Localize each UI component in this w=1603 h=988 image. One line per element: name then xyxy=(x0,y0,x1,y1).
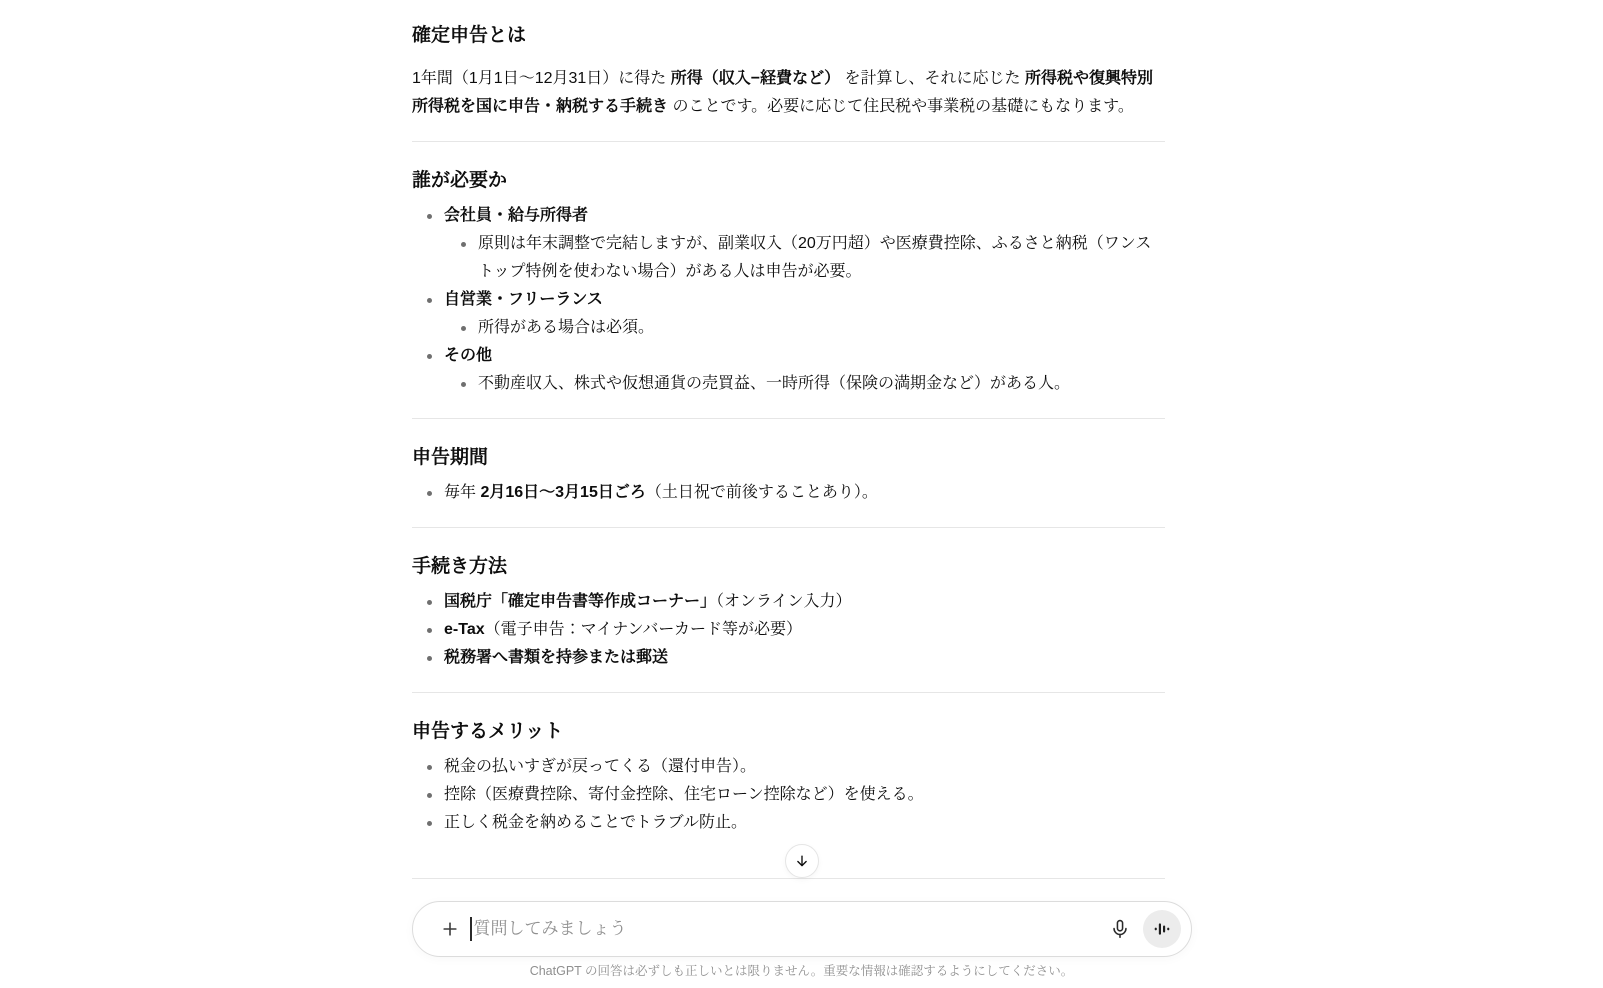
section-heading: 手続き方法 xyxy=(412,554,1165,580)
text-run: （土日祝で前後することあり）。 xyxy=(646,484,878,501)
disclaimer: ChatGPT の回答は必ずしも正しいとは限りません。重要な情報は確認するように… xyxy=(0,963,1603,980)
intro-paragraph: 1年間（1月1日〜12月31日）に得た 所得（収入−経費など） を計算し、それに… xyxy=(412,65,1165,121)
text-run: （オンライン入力） xyxy=(716,593,852,610)
text-run-bold: 税務署へ書類を持参または郵送 xyxy=(444,649,668,666)
text-run-bold: 2月16日〜3月15日ごろ xyxy=(480,484,645,501)
section-divider xyxy=(412,692,1165,693)
text-run: のことです。必要に応じて住民税や事業税の基礎にもなります。 xyxy=(668,98,1134,115)
section-heading: 誰が必要か xyxy=(412,168,1165,194)
text-run: （電子申告：マイナンバーカード等が必要） xyxy=(485,621,802,638)
sub-list: 原則は年末調整で完結しますが、副業収入（20万円超）や医療費控除、ふるさと納税（… xyxy=(444,230,1165,286)
list-item: 税務署へ書類を持参または郵送 xyxy=(412,644,1165,672)
list-item: 国税庁「確定申告書等作成コーナー」（オンライン入力） xyxy=(412,588,1165,616)
section-heading: 申告期間 xyxy=(412,445,1165,471)
text-run-bold: 所得（収入−経費など） xyxy=(671,70,840,87)
list-item: 自営業・フリーランス 所得がある場合は必須。 xyxy=(412,286,1165,342)
section-merit: 申告するメリット 税金の払いすぎが戻ってくる（還付申告）。 控除（医療費控除、寄… xyxy=(412,719,1165,837)
text-run-bold: e-Tax xyxy=(444,621,485,638)
merit-list: 税金の払いすぎが戻ってくる（還付申告）。 控除（医療費控除、寄付金控除、住宅ロー… xyxy=(412,753,1165,837)
text-run-bold: 国税庁「確定申告書等作成コーナー」 xyxy=(444,593,716,610)
voice-mode-button[interactable] xyxy=(1143,910,1181,948)
microphone-icon xyxy=(1109,918,1131,940)
composer xyxy=(412,901,1192,957)
message-input[interactable] xyxy=(472,902,1102,956)
section-method: 手続き方法 国税庁「確定申告書等作成コーナー」（オンライン入力） e-Tax（電… xyxy=(412,554,1165,672)
list-item: 正しく税金を納めることでトラブル防止。 xyxy=(412,809,1165,837)
who-needs-list: 会社員・給与所得者 原則は年末調整で完結しますが、副業収入（20万円超）や医療費… xyxy=(412,202,1165,398)
list-item: その他 不動産収入、株式や仮想通貨の売買益、一時所得（保険の満期金など）がある人… xyxy=(412,342,1165,398)
text-run: 毎年 xyxy=(444,484,480,501)
section-divider xyxy=(412,418,1165,419)
sub-list-item: 不動産収入、株式や仮想通貨の売買益、一時所得（保険の満期金など）がある人。 xyxy=(444,370,1165,398)
list-item-title: 自営業・フリーランス xyxy=(444,291,603,308)
section-period: 申告期間 毎年 2月16日〜3月15日ごろ（土日祝で前後することあり）。 xyxy=(412,445,1165,507)
arrow-down-icon xyxy=(793,852,811,870)
section-who-needs: 誰が必要か 会社員・給与所得者 原則は年末調整で完結しますが、副業収入（20万円… xyxy=(412,168,1165,398)
text-run: 正しく税金を納めることでトラブル防止。 xyxy=(444,814,747,831)
list-item: 会社員・給与所得者 原則は年末調整で完結しますが、副業収入（20万円超）や医療費… xyxy=(412,202,1165,286)
section-heading: 申告するメリット xyxy=(412,719,1165,745)
voice-waveform-icon xyxy=(1152,919,1172,939)
text-run: 不動産収入、株式や仮想通貨の売買益、一時所得（保険の満期金など）がある人。 xyxy=(478,375,1070,392)
list-item: 控除（医療費控除、寄付金控除、住宅ローン控除など）を使える。 xyxy=(412,781,1165,809)
text-run: 所得がある場合は必須。 xyxy=(478,319,654,336)
sub-list-item: 所得がある場合は必須。 xyxy=(444,314,1165,342)
text-run: 控除（医療費控除、寄付金控除、住宅ローン控除など）を使える。 xyxy=(444,786,924,803)
section-divider xyxy=(412,141,1165,142)
sub-list: 不動産収入、株式や仮想通貨の売買益、一時所得（保険の満期金など）がある人。 xyxy=(444,370,1165,398)
text-run: 1年間（1月1日〜12月31日）に得た xyxy=(412,70,671,87)
period-list: 毎年 2月16日〜3月15日ごろ（土日祝で前後することあり）。 xyxy=(412,479,1165,507)
list-item: 毎年 2月16日〜3月15日ごろ（土日祝で前後することあり）。 xyxy=(412,479,1165,507)
text-run: 原則は年末調整で完結しますが、副業収入（20万円超）や医療費控除、ふるさと納税（… xyxy=(478,235,1151,280)
dictate-button[interactable] xyxy=(1102,911,1138,947)
text-run: 税金の払いすぎが戻ってくる（還付申告）。 xyxy=(444,758,756,775)
method-list: 国税庁「確定申告書等作成コーナー」（オンライン入力） e-Tax（電子申告：マイ… xyxy=(412,588,1165,672)
sub-list-item: 原則は年末調整で完結しますが、副業収入（20万円超）や医療費控除、ふるさと納税（… xyxy=(444,230,1165,286)
scroll-to-bottom-button[interactable] xyxy=(785,844,819,878)
section-what-is: 確定申告とは 1年間（1月1日〜12月31日）に得た 所得（収入−経費など） を… xyxy=(412,23,1165,121)
section-divider xyxy=(412,527,1165,528)
text-run: を計算し、それに応じた xyxy=(840,70,1025,87)
sub-list: 所得がある場合は必須。 xyxy=(444,314,1165,342)
list-item-title: その他 xyxy=(444,347,492,364)
section-divider xyxy=(412,878,1165,879)
list-item-title: 会社員・給与所得者 xyxy=(444,207,588,224)
plus-icon xyxy=(440,919,460,939)
attach-button[interactable] xyxy=(435,914,465,944)
list-item: 税金の払いすぎが戻ってくる（還付申告）。 xyxy=(412,753,1165,781)
assistant-message: 確定申告とは 1年間（1月1日〜12月31日）に得た 所得（収入−経費など） を… xyxy=(412,0,1165,879)
list-item: e-Tax（電子申告：マイナンバーカード等が必要） xyxy=(412,616,1165,644)
section-heading: 確定申告とは xyxy=(412,23,1165,49)
